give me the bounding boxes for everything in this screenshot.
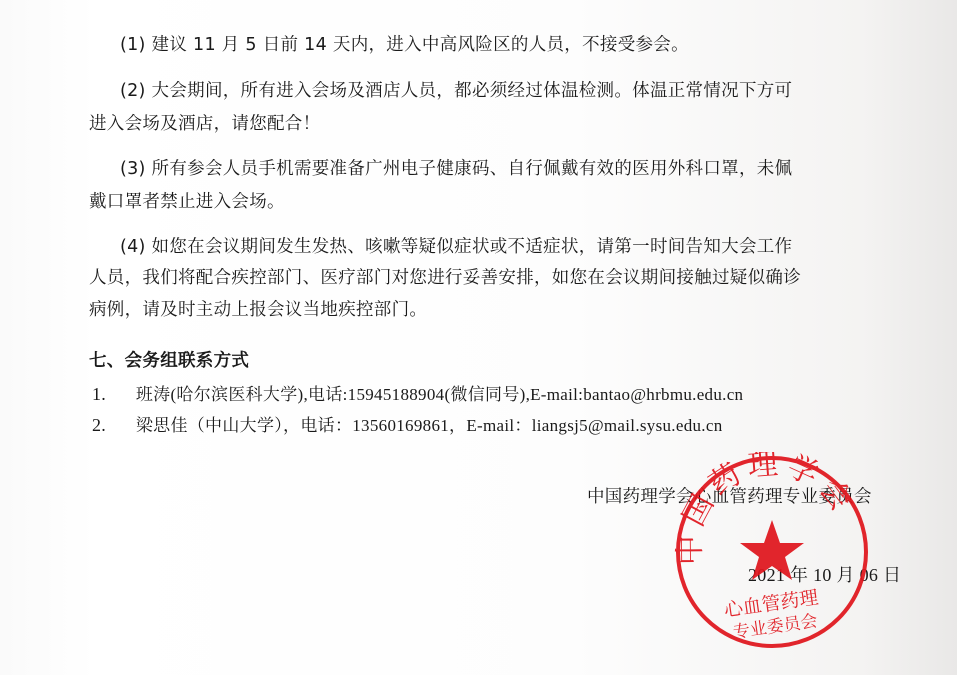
contact-index: 1. <box>92 384 106 404</box>
contact-text: 班涛(哈尔滨医科大学),电话:15945188904(微信同号),E-mail:… <box>136 385 744 404</box>
contact-section-heading: 七、会务组联系方式 <box>89 347 249 372</box>
notice-item-2-line-1: (2) 大会期间，所有进入会场及酒店人员，都必须经过体温检测。体温正常情况下方可 <box>120 77 792 102</box>
notice-item-4-line-1: (4) 如您在会议期间发生发热、咳嗽等疑似症状或不适症状，请第一时间告知大会工作 <box>120 233 792 258</box>
contact-index: 2. <box>92 415 106 435</box>
official-seal-stamp-icon: 中国药理学会 心血管药理 专业委员会 <box>672 452 872 652</box>
seal-outer-text: 中国药理学会 <box>673 452 862 565</box>
seal-inner-text-2: 专业委员会 <box>732 611 819 643</box>
notice-item-4-line-2: 人员，我们将配合疾控部门、医疗部门对您进行妥善安排，如您在会议期间接触过疑似确诊 <box>89 264 801 289</box>
notice-item-3-line-2: 戴口罩者禁止进入会场。 <box>89 188 285 213</box>
seal-inner-text-1: 心血管药理 <box>723 587 820 622</box>
notice-item-1-line-1: (1) 建议 11 月 5 日前 14 天内，进入中高风险区的人员，不接受参会。 <box>120 31 689 56</box>
signature-date: 2021 年 10 月 06 日 <box>748 561 901 587</box>
notice-item-4-line-3: 病例，请及时主动上报会议当地疾控部门。 <box>89 296 427 321</box>
scanned-document-page: (1) 建议 11 月 5 日前 14 天内，进入中高风险区的人员，不接受参会。… <box>0 0 957 675</box>
notice-item-2-line-2: 进入会场及酒店，请您配合！ <box>89 110 320 135</box>
contact-text: 梁思佳（中山大学），电话：13560169861，E-mail：liangsj5… <box>136 416 723 435</box>
contact-item-1: 1. 班涛(哈尔滨医科大学),电话:15945188904(微信同号),E-ma… <box>92 380 743 405</box>
contact-item-2: 2. 梁思佳（中山大学），电话：13560169861，E-mail：liang… <box>92 411 723 436</box>
notice-item-3-line-1: (3) 所有参会人员手机需要准备广州电子健康码、自行佩戴有效的医用外科口罩，未佩 <box>120 155 792 180</box>
signature-organization: 中国药理学会心血管药理专业委员会 <box>587 483 872 508</box>
svg-text:中国药理学会: 中国药理学会 <box>673 452 862 565</box>
